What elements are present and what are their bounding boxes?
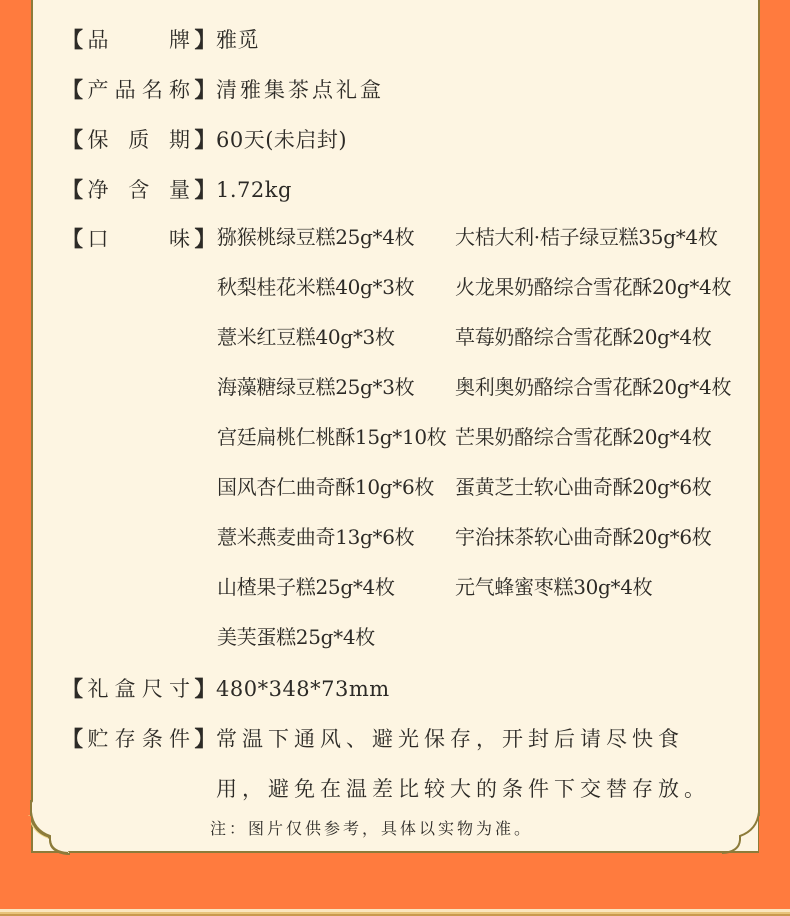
flavor-item: 芒果奶酪综合雪花酥20g*4枚 <box>455 422 755 472</box>
spec-row-net-weight: 【 净含量 】 1.72kg <box>62 174 292 204</box>
label-char: 尺 <box>142 673 164 703</box>
flavor-item: 草莓奶酪综合雪花酥20g*4枚 <box>455 322 755 372</box>
label-char: 品 <box>115 74 137 104</box>
spec-value-storage-line1: 常温下通风、避光保存，开封后请尽快食 <box>216 723 684 753</box>
bracket-close: 】 <box>195 174 217 204</box>
spec-row-box-size: 【 礼盒尺寸 】 480*348*73mm <box>62 673 390 703</box>
label-char: 产 <box>88 74 110 104</box>
flavor-item: 大桔大利·桔子绿豆糕35g*4枚 <box>455 222 755 272</box>
label-char: 称 <box>169 74 191 104</box>
spec-label-shelf-life: 【 保质期 】 <box>62 124 216 154</box>
label-char: 条 <box>142 723 164 753</box>
label-char: 名 <box>142 74 164 104</box>
flavor-item: 宇治抹茶软心曲奇酥20g*6枚 <box>455 522 755 572</box>
spec-label-storage: 【 贮存条件 】 <box>62 723 216 753</box>
label-char: 口 <box>88 223 110 253</box>
bracket-open: 【 <box>62 174 84 204</box>
spec-row-product-name: 【 产品名称 】 清雅集茶点礼盒 <box>62 74 384 104</box>
spec-row-storage-cont: 用，避免在温差比较大的条件下交替存放。 <box>216 773 710 803</box>
spec-value-product-name: 清雅集茶点礼盒 <box>216 74 384 104</box>
flavor-item: 火龙果奶酪综合雪花酥20g*4枚 <box>455 272 755 322</box>
spec-value-storage-line2: 用，避免在温差比较大的条件下交替存放。 <box>216 773 710 803</box>
flavor-item: 猕猴桃绿豆糕25g*4枚 <box>217 222 455 272</box>
flavor-item: 蛋黄芝士软心曲奇酥20g*6枚 <box>455 472 755 522</box>
flavor-item: 奥利奥奶酪综合雪花酥20g*4枚 <box>455 372 755 422</box>
label-char: 寸 <box>169 673 191 703</box>
bottom-border-stripe <box>0 909 790 916</box>
label-char: 礼 <box>88 673 110 703</box>
bracket-open: 【 <box>62 24 84 54</box>
spec-label-net-weight: 【 净含量 】 <box>62 174 216 204</box>
label-char: 保 <box>88 124 110 154</box>
label-char: 含 <box>128 174 150 204</box>
bracket-open: 【 <box>62 74 84 104</box>
spec-row-shelf-life: 【 保质期 】 60天(未启封) <box>62 124 347 154</box>
label-char: 净 <box>88 174 110 204</box>
flavor-item: 宫廷扁桃仁桃酥15g*10枚 <box>217 422 455 472</box>
bracket-open: 【 <box>62 673 84 703</box>
flavor-item: 美芙蛋糕25g*4枚 <box>217 622 455 672</box>
flavor-item: 薏米燕麦曲奇13g*6枚 <box>217 522 455 572</box>
bracket-close: 】 <box>195 673 217 703</box>
flavor-item: 海藻糖绿豆糕25g*3枚 <box>217 372 455 422</box>
spec-row-flavor: 【 口味 】 <box>62 223 216 253</box>
spec-value-box-size: 480*348*73mm <box>216 677 390 701</box>
label-char: 量 <box>169 174 191 204</box>
label-char: 盒 <box>115 673 137 703</box>
spec-row-storage: 【 贮存条件 】 常温下通风、避光保存，开封后请尽快食 <box>62 723 684 753</box>
bracket-close: 】 <box>195 124 217 154</box>
spec-value-net-weight: 1.72kg <box>216 178 292 202</box>
spec-label-box-size: 【 礼盒尺寸 】 <box>62 673 216 703</box>
label-char: 件 <box>169 723 191 753</box>
label-char: 味 <box>169 223 191 253</box>
flavor-list: 猕猴桃绿豆糕25g*4枚 大桔大利·桔子绿豆糕35g*4枚 秋梨桂花米糕40g*… <box>217 222 755 672</box>
bracket-close: 】 <box>195 24 217 54</box>
bracket-open: 【 <box>62 223 84 253</box>
bracket-close: 】 <box>195 223 217 253</box>
flavor-item: 国风杏仁曲奇酥10g*6枚 <box>217 472 455 522</box>
label-char: 品 <box>88 24 110 54</box>
label-char: 贮 <box>88 723 110 753</box>
flavor-item: 山楂果子糕25g*4枚 <box>217 572 455 622</box>
label-char: 存 <box>115 723 137 753</box>
bracket-open: 【 <box>62 124 84 154</box>
spec-label-flavor: 【 口味 】 <box>62 223 216 253</box>
spec-value-brand: 雅觅 <box>216 24 259 54</box>
spec-value-shelf-life: 60天(未启封) <box>216 124 347 154</box>
bracket-close: 】 <box>195 723 217 753</box>
spec-row-brand: 【 品牌 】 雅觅 <box>62 24 259 54</box>
spec-label-brand: 【 品牌 】 <box>62 24 216 54</box>
flavor-item: 元气蜂蜜枣糕30g*4枚 <box>455 572 755 622</box>
bracket-open: 【 <box>62 723 84 753</box>
bracket-close: 】 <box>195 74 217 104</box>
label-char: 牌 <box>169 24 191 54</box>
label-char: 期 <box>169 124 191 154</box>
disclaimer-note: 注：图片仅供参考，具体以实物为准。 <box>210 816 533 839</box>
label-char: 质 <box>128 124 150 154</box>
spec-label-product-name: 【 产品名称 】 <box>62 74 216 104</box>
flavor-item: 秋梨桂花米糕40g*3枚 <box>217 272 455 322</box>
flavor-item: 薏米红豆糕40g*3枚 <box>217 322 455 372</box>
